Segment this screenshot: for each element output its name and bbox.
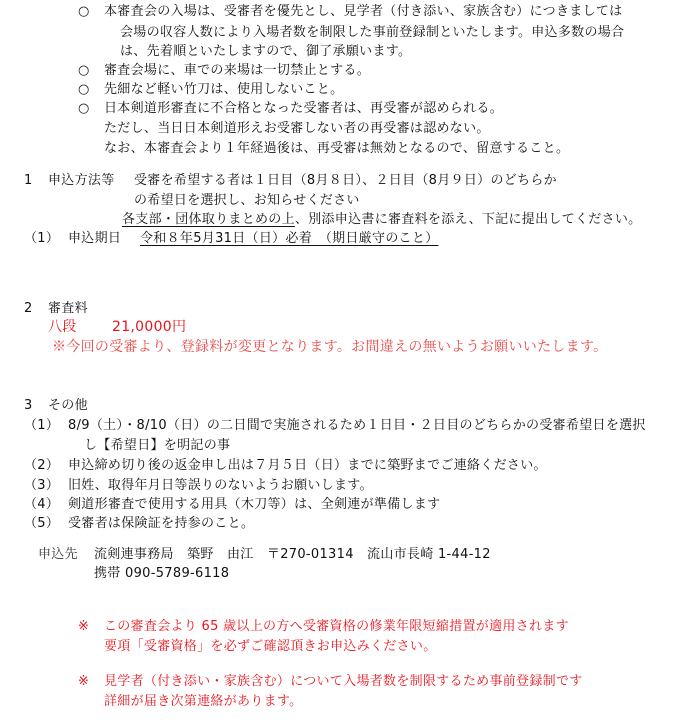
note-4-line-3: なお、本審査会より１年経過後は、再受審は無効となるので、留意すること。 [104,140,569,157]
section-number: 1 [24,172,33,189]
section1-line-1: 受審を希望する者は１日目（8月８日）、２日目（8月９日）のどちらか [134,172,557,189]
section1-line-3: 各支部・団体取りまとめの上、別添申込書に審査料を添え、下記に提出してください。 [122,211,642,228]
item-label: （3） [24,477,59,494]
fee-change-notice: ※今回の受審より、登録料が変更となります。お間違えの無いようお願いいたします。 [52,339,607,356]
item-label: （4） [24,496,59,513]
contact-address: 流剣連事務局 築野 由江 〒270-01314 流山市長崎 1-44-12 [94,546,491,563]
grade-label: 八段 [48,319,77,336]
sub-item-label: （1） [24,230,59,247]
note-3: 先細など軽い竹刀は、使用しないこと。 [104,81,343,98]
item-label: （5） [24,515,59,532]
section-number: 2 [24,300,33,317]
bullet-icon: ○ [78,100,90,117]
footnote-2-line-1: 見学者（付き添い・家族含む）について入場者数を制限するため事前登録制です [104,673,583,690]
item-label: （2） [24,457,59,474]
footnote-1-line-2: 要項「受審資格」を必ずご確認頂きお申込みください。 [104,638,437,655]
other-item-2: 申込締め切り後の返金申し出は７月５日（日）までに築野までご連絡ください。 [68,457,547,474]
contact-phone: 携帯 090-5789-6118 [94,565,229,582]
note-1-line-2: 会場の収容人数により入場者数を制限した事前登録制といたします。申込多数の場合 [120,24,624,41]
section-title: 審査料 [48,300,88,317]
section1-line-2: の希望日を選択し、お知らせください [134,192,360,209]
reference-mark-icon: ※ [78,673,89,690]
note-4-line-2: ただし、当日日本剣道形えお受審しない者の再受審は認めない。 [104,120,490,137]
reference-mark-icon: ※ [78,618,89,635]
section-number: 3 [24,397,33,414]
deadline-label: 申込期日 [68,230,121,247]
deadline-value: 令和８年5月31日（日）必着 （期日厳守のこと） [140,230,439,247]
bullet-icon: ○ [78,62,90,79]
other-item-5: 受審者は保険証を持参のこと。 [68,515,254,532]
footnote-1-line-1: この審査会より 65 歳以上の方へ受審資格の修業年限短縮措置が適用されます [104,618,569,635]
bullet-icon: ○ [78,3,90,20]
submit-instruction-text: 、別添申込書に審査料を添え、下記に提出してください。 [295,212,642,227]
section-title: その他 [48,397,88,414]
footnote-2-line-2: 詳細が届き次第連絡があります。 [104,693,302,710]
note-2: 審査会場に、車での来場は一切禁止とする。 [104,62,370,79]
note-1-line-3: は、先着順といたしますので、御了承願います。 [120,43,411,60]
item-label: （1） [24,417,59,434]
note-4-line-1: 日本剣道形審査に不合格となった受審者は、再受審が認められる。 [104,100,503,117]
other-item-1-line-2: し【希望日】を明記の事 [84,437,230,454]
organize-by-branch-text: 各支部・団体取りまとめの上 [122,212,295,227]
other-item-4: 剣道形審査で使用する用具（木刀等）は、全剣連が準備します [68,496,440,513]
fee-amount: 21,0000円 [112,319,186,336]
other-item-3: 旧姓、取得年月日等誤りのないようお願いします。 [68,477,373,494]
other-item-1-line-1: 8/9（土）・8/10（日）の二日間で実施されるため１日目・２日目のどちらかの受… [68,417,646,434]
section-title: 申込方法等 [48,172,115,189]
contact-label: 申込先 [38,546,78,563]
bullet-icon: ○ [78,81,90,98]
note-1-line-1: 本審査会の入場は、受審者を優先とし、見学者（付き添い、家族含む）につきましては [104,3,622,20]
